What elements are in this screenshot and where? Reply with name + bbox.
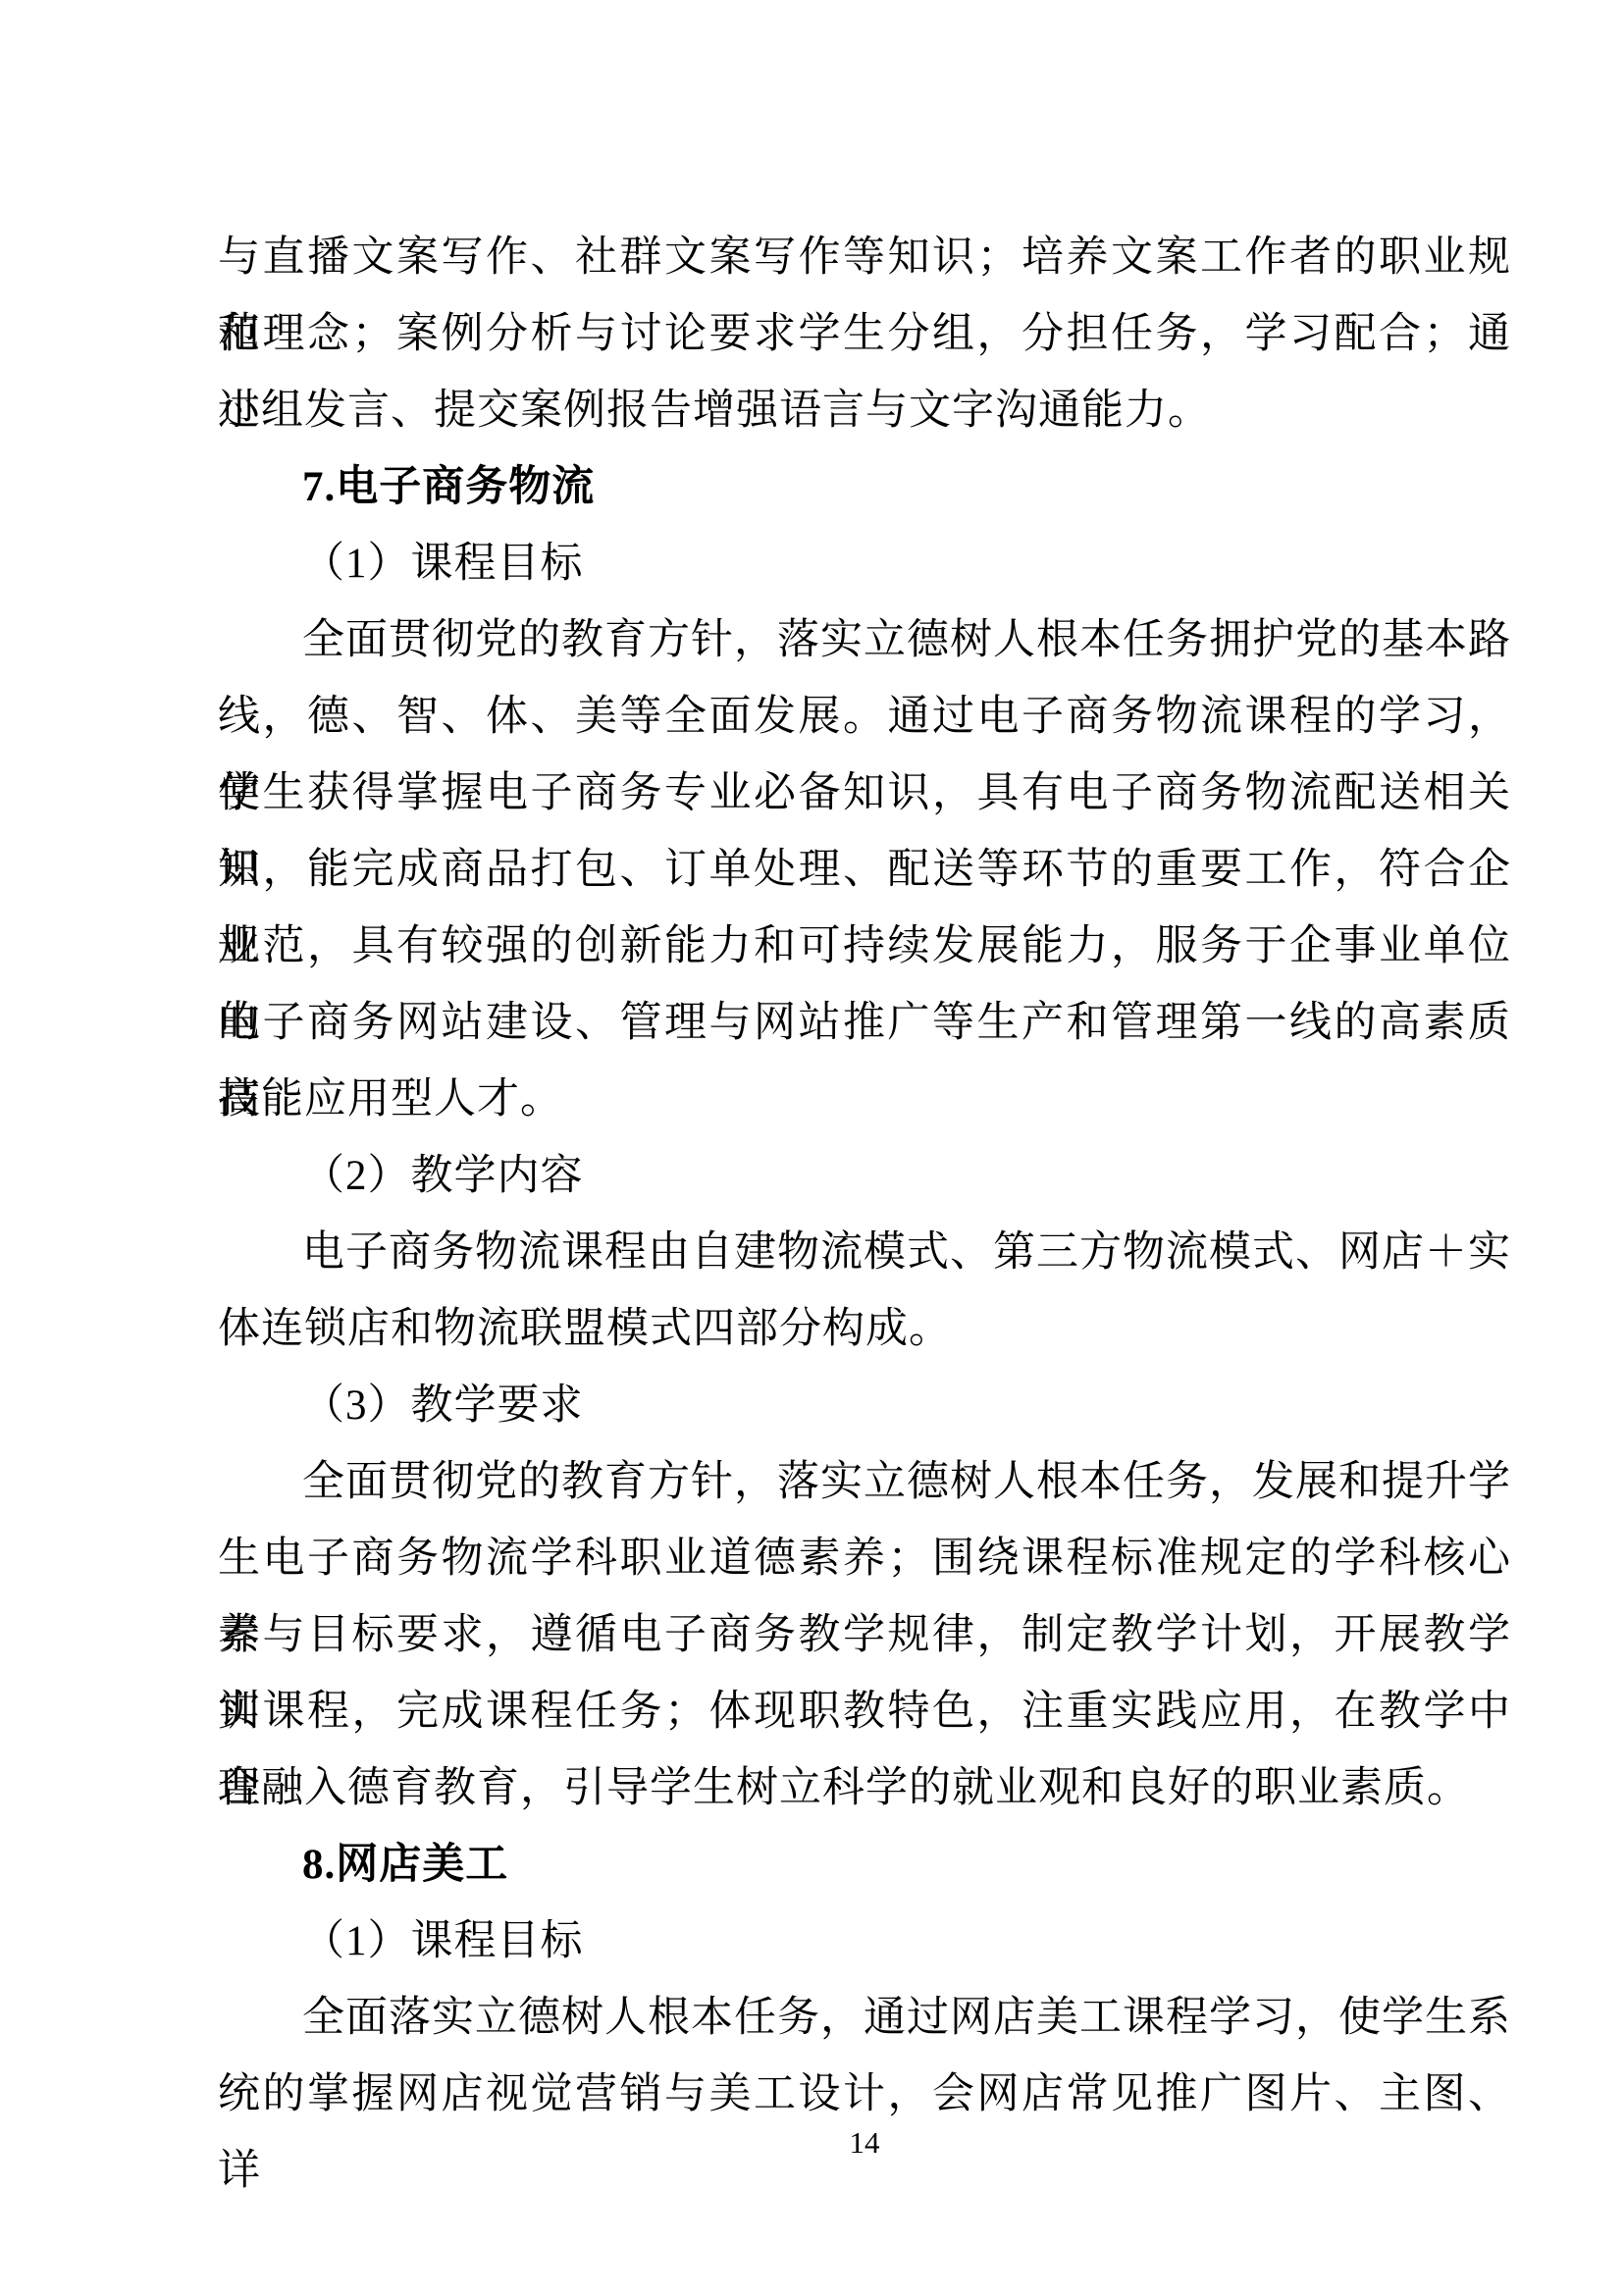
section-heading: 8.网店美工 xyxy=(218,1827,1511,1904)
text-line: 识，能完成商品打包、订单处理、配送等环节的重要工作，符合企业 xyxy=(218,832,1511,909)
text-line: 电子商务物流课程由自建物流模式、第三方物流模式、网店＋实 xyxy=(218,1215,1511,1291)
text-line: 体连锁店和物流联盟模式四部分构成。 xyxy=(218,1291,1511,1368)
document-page: 与直播文案写作、社群文案写作等知识；培养文案工作者的职业规范和理念；案例分析与讨… xyxy=(0,0,1624,2295)
text-line: 全面贯彻党的教育方针，落实立德树人根本任务拥护党的基本路 xyxy=(218,602,1511,679)
text-line: （3）教学要求 xyxy=(218,1368,1511,1444)
text-line: 全面落实立德树人根本任务，通过网店美工课程学习，使学生系 xyxy=(218,1980,1511,2057)
text-line: 规范，具有较强的创新能力和可持续发展能力，服务于企事业单位的 xyxy=(218,909,1511,985)
text-line: 理融入德育教育，引导学生树立科学的就业观和良好的职业素质。 xyxy=(218,1750,1511,1827)
text-line: 全面贯彻党的教育方针，落实立德树人根本任务，发展和提升学 xyxy=(218,1444,1511,1521)
page-text: 与直播文案写作、社群文案写作等知识；培养文案工作者的职业规范和理念；案例分析与讨… xyxy=(218,220,1511,2133)
text-line: 生电子商务物流学科职业道德素养；围绕课程标准规定的学科核心素 xyxy=(218,1521,1511,1597)
text-line: 与直播文案写作、社群文案写作等知识；培养文案工作者的职业规范 xyxy=(218,220,1511,296)
text-line: 统的掌握网店视觉营销与美工设计，会网店常见推广图片、主图、详 xyxy=(218,2057,1511,2133)
page-number: 14 xyxy=(218,2123,1511,2163)
text-line: 养与目标要求，遵循电子商务教学规律，制定教学计划，开展教学实 xyxy=(218,1597,1511,1674)
text-line: （2）教学内容 xyxy=(218,1138,1511,1215)
text-line: 训课程，完成课程任务；体现职教特色，注重实践应用，在教学中合 xyxy=(218,1674,1511,1750)
section-heading: 7.电子商务物流 xyxy=(218,449,1511,526)
text-line: 电子商务网站建设、管理与网站推广等生产和管理第一线的高素质高 xyxy=(218,985,1511,1062)
text-line: 学生获得掌握电子商务专业必备知识，具有电子商务物流配送相关知 xyxy=(218,756,1511,832)
text-line: （1）课程目标 xyxy=(218,526,1511,602)
text-line: 技能应用型人才。 xyxy=(218,1062,1511,1138)
text-line: 线，德、智、体、美等全面发展。通过电子商务物流课程的学习，使 xyxy=(218,679,1511,756)
text-line: （1）课程目标 xyxy=(218,1904,1511,1980)
text-line: 小组发言、提交案例报告增强语言与文字沟通能力。 xyxy=(218,373,1511,449)
text-line: 和理念；案例分析与讨论要求学生分组，分担任务，学习配合；通过 xyxy=(218,296,1511,373)
